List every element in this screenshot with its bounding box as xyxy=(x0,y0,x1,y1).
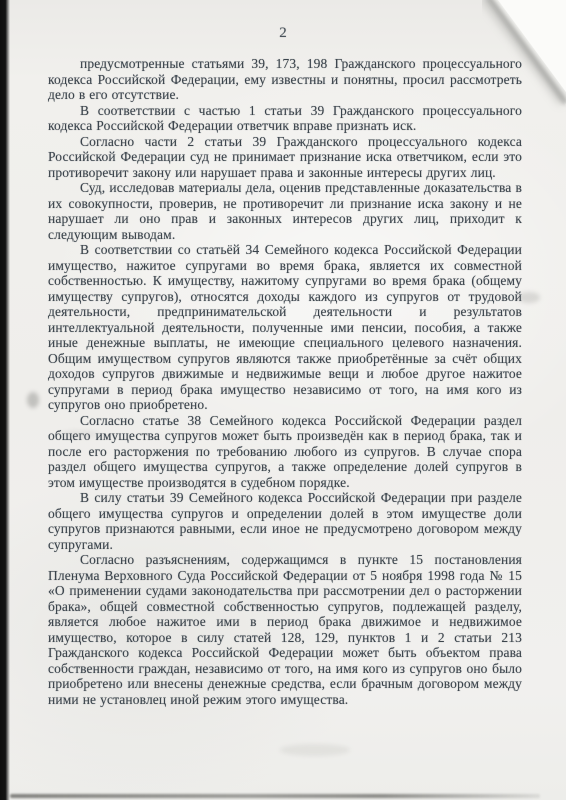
paragraph: предусмотренные статьями 39, 173, 198 Гр… xyxy=(48,56,522,103)
paragraph: В соответствии со статьёй 34 Семейного к… xyxy=(48,242,522,413)
paragraph: Согласно разъяснениям, содержащимся в пу… xyxy=(48,552,522,707)
page-number: 2 xyxy=(0,25,566,42)
scan-smudge xyxy=(280,744,350,756)
scan-bottom-edge-line xyxy=(10,794,540,798)
paragraph: В соответствии с частью 1 статьи 39 Граж… xyxy=(48,103,522,134)
scanned-document-page: 2 предусмотренные статьями 39, 173, 198 … xyxy=(0,0,566,800)
scanner-edge-strip xyxy=(0,0,10,800)
paragraph: Согласно статье 38 Семейного кодекса Рос… xyxy=(48,413,522,491)
paragraph: Суд, исследовав материалы дела, оценив п… xyxy=(48,180,522,242)
paragraph: В силу статьи 39 Семейного кодекса Росси… xyxy=(48,490,522,552)
scan-smudge xyxy=(27,392,39,408)
paragraph: Согласно части 2 статьи 39 Гражданского … xyxy=(48,134,522,181)
document-body: предусмотренные статьями 39, 173, 198 Гр… xyxy=(48,56,522,707)
